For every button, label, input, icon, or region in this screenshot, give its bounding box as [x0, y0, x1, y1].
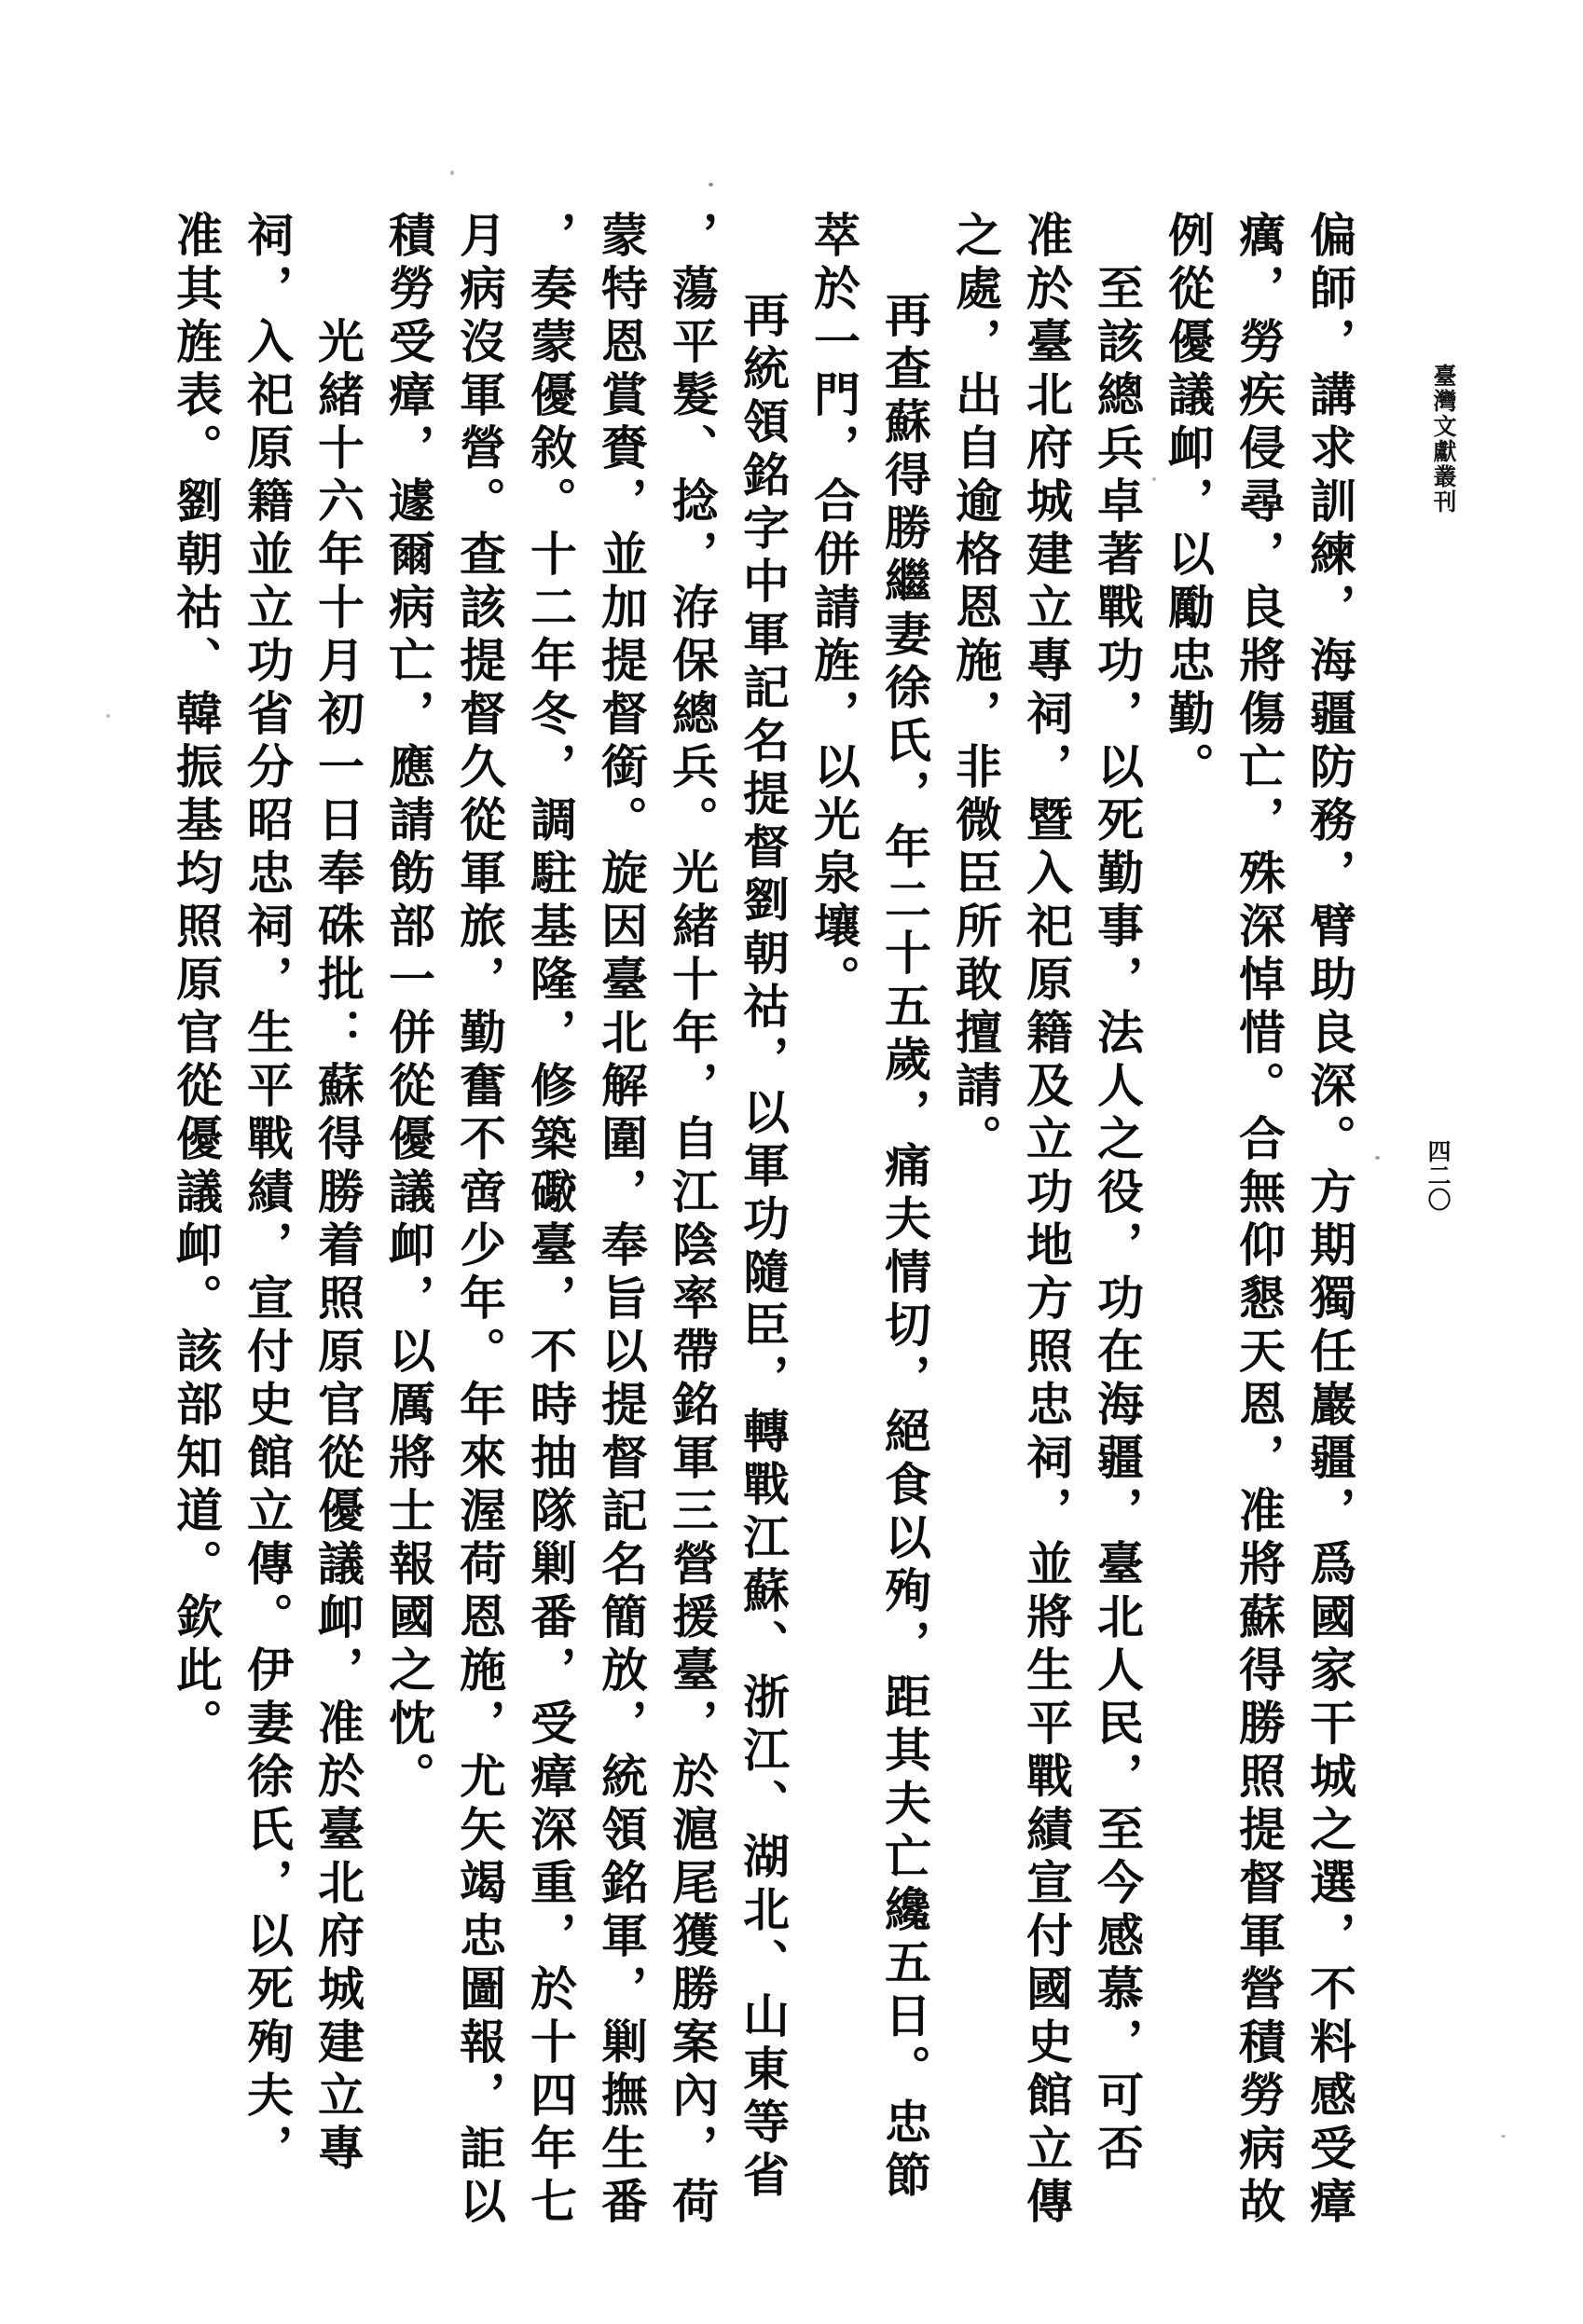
text-column-6: 之處，出自逾格恩施，非微臣所敢擅請。 [940, 211, 1011, 2252]
memorial-text-block: 偏師，講求訓練，海疆防務，臂助良深。方期獨任巖疆，爲國家干城之選，不料感受瘴癘，… [160, 211, 1365, 2252]
text-column-4: 至該總兵卓著戰功，以死勤事，法人之役，功在海疆，臺北人民，至今感慕，可否 [1081, 211, 1152, 2252]
scan-speck [1501, 2135, 1506, 2138]
text-column-2: 癘，勞疾侵尋，良將傷亡，殊深悼惜。合無仰懇天恩，准將蘇得勝照提督軍營積勞病故 [1223, 211, 1294, 2252]
text-column-9: 再統領銘字中軍記名提督劉朝祜，以軍功隨臣，轉戰江蘇、浙江、湖北、山東等省 [727, 211, 798, 2252]
text-column-3: 例從優議卹，以勵忠勤。 [1152, 211, 1223, 2252]
text-column-11: 蒙特恩賞賚，並加提督銜。旋因臺北解圍，奉旨以提督記名簡放，統領銘軍，剿撫生番 [585, 211, 656, 2252]
text-column-1: 偏師，講求訓練，海疆防務，臂助良深。方期獨任巖疆，爲國家干城之選，不料感受瘴 [1294, 211, 1365, 2252]
scan-speck [450, 171, 454, 175]
text-column-5: 准於臺北府城建立專祠，暨入祀原籍及立功地方照忠祠，並將生平戰績宣付國史館立傳 [1011, 211, 1081, 2252]
scan-speck [1152, 477, 1156, 481]
scan-speck [709, 183, 713, 186]
series-title: 臺灣文獻叢刊 [1426, 364, 1460, 515]
text-column-8: 萃於一門，合併請旌，以光泉壤。 [798, 211, 869, 2252]
text-column-16: 祠，入祀原籍並立功省分昭忠祠，生平戰績，宣付史館立傳。伊妻徐氏，以死殉夫， [231, 211, 302, 2252]
page-number: 四二〇 [1421, 1139, 1454, 1212]
text-column-14: 積勞受瘴，遽爾病亡，應請飭部一併從優議卹，以厲將士報國之忱。 [373, 211, 444, 2252]
scan-speck [1375, 1156, 1380, 1160]
text-column-15: 光緒十六年十月初一日奉硃批：蘇得勝着照原官從優議卹，准於臺北府城建立專 [302, 211, 373, 2252]
scan-speck [106, 714, 110, 718]
text-column-17: 准其旌表。劉朝祜、韓振基均照原官從優議卹。該部知道。欽此。 [160, 211, 231, 2252]
text-column-10: ，蕩平髮、捻，洊保總兵。光緒十年，自江陰率帶銘軍三營援臺，於滬尾獲勝案內，荷 [656, 211, 727, 2252]
text-column-7: 再查蘇得勝繼妻徐氏，年二十五歲，痛夫情切，絕食以殉，距其夫亡纔五日。忠節 [869, 211, 940, 2252]
text-column-13: 月病沒軍營。查該提督久從軍旅，勤奮不啻少年。年來渥荷恩施，尤矢竭忠圖報，詎以 [444, 211, 515, 2252]
text-column-12: ，奏蒙優敘。十二年冬，調駐基隆，修築礮臺，不時抽隊剿番，受瘴深重，於十四年七 [515, 211, 585, 2252]
scanned-page: 臺灣文獻叢刊 四二〇 偏師，講求訓練，海疆防務，臂助良深。方期獨任巖疆，爲國家干… [0, 0, 1583, 2324]
